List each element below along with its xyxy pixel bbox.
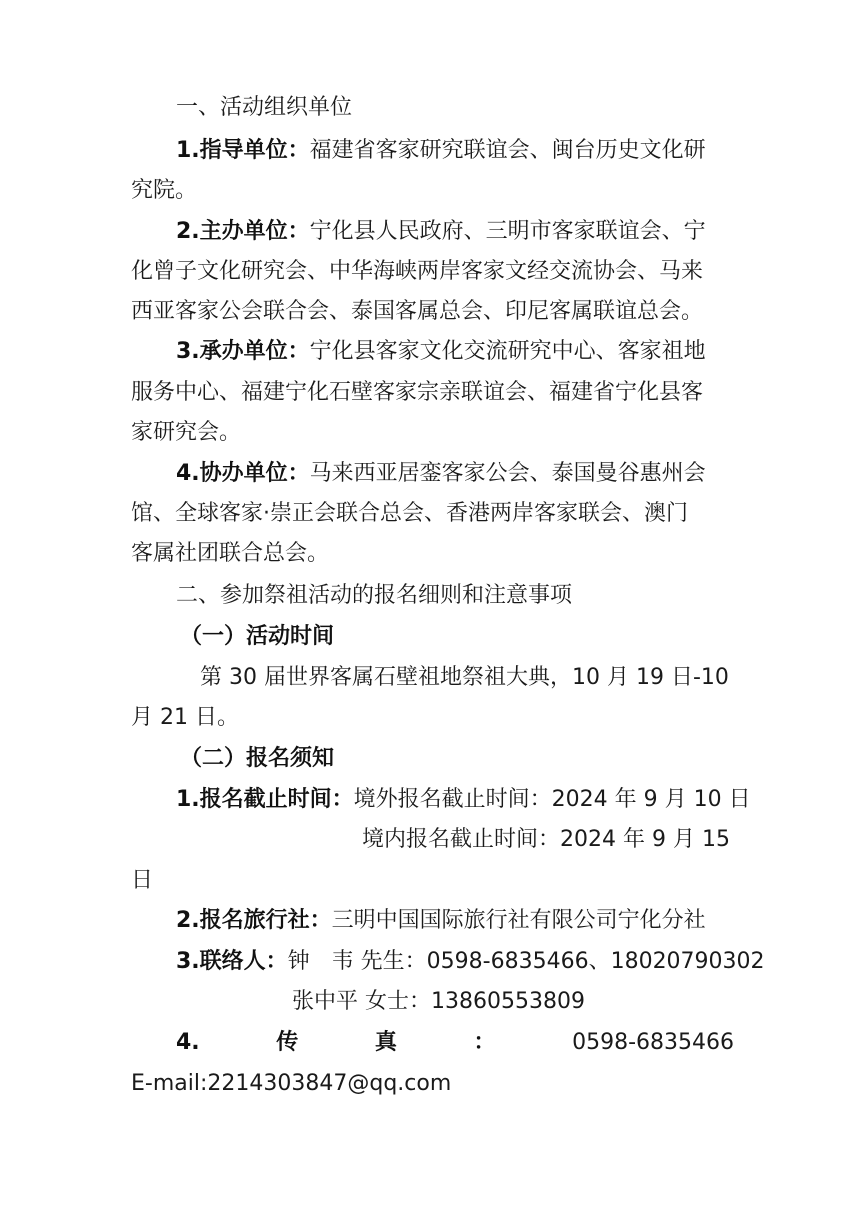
item-guiding-unit: 1.指导单位：福建省客家研究联谊会、闽台历史文化研 — [176, 136, 706, 166]
item-organizer-unit: 3.承办单位：宁化县客家文化交流研究中心、客家祖地 — [176, 337, 706, 367]
item-label: 2.主办单位： — [176, 219, 310, 244]
contact-person-1: 钟 韦 先生：0598-6835466、18020790302 — [288, 949, 765, 974]
item-host-unit: 2.主办单位：宁化县人民政府、三明市客家联谊会、宁 — [176, 217, 706, 247]
deadline-label: 1.报名截止时间： — [176, 787, 354, 812]
agency-row: 2.报名旅行社：三明中国国际旅行社有限公司宁化分社 — [176, 906, 706, 936]
item-text: 福建省客家研究联谊会、闽台历史文化研 — [310, 138, 706, 163]
document-page: 一、活动组织单位 1.指导单位：福建省客家研究联谊会、闽台历史文化研 究院。 2… — [0, 0, 864, 1222]
fax-label-part: ： — [473, 1028, 495, 1058]
email-text: E-mail:2214303847@qq.com — [131, 1069, 451, 1099]
contact-row: 3.联络人：钟 韦 先生：0598-6835466、18020790302 — [176, 947, 765, 977]
item-text: 宁化县人民政府、三明市客家联谊会、宁 — [310, 219, 706, 244]
item-text-cont: 西亚客家公会联合会、泰国客属总会、印尼客属联谊总会。 — [131, 297, 703, 327]
fax-label-part: 传 — [276, 1028, 298, 1058]
subheading-registration-notice: （二）报名须知 — [180, 744, 334, 774]
event-time-text: 第 30 届世界客属石壁祖地祭祖大典，10 月 19 日-10 — [200, 663, 729, 693]
subheading-event-time: （一）活动时间 — [180, 622, 334, 652]
item-label: 1.指导单位： — [176, 138, 310, 163]
item-text-cont: 化曾子文化研究会、中华海峡两岸客家文经交流协会、马来 — [131, 257, 703, 287]
item-text-cont: 客属社团联合总会。 — [131, 539, 329, 569]
item-text-cont: 服务中心、福建宁化石壁客家宗亲联谊会、福建省宁化县客 — [131, 378, 703, 408]
deadline-domestic: 境内报名截止时间：2024 年 9 月 15 — [362, 825, 730, 855]
agency-value: 三明中国国际旅行社有限公司宁化分社 — [332, 908, 706, 933]
item-text-cont: 馆、全球客家·崇正会联合总会、香港两岸客家联会、澳门 — [131, 499, 688, 529]
section-heading-registration: 二、参加祭祖活动的报名细则和注意事项 — [176, 581, 572, 611]
fax-value: 0598-6835466 — [572, 1028, 734, 1058]
fax-label-part: 真 — [375, 1028, 397, 1058]
item-text: 马来西亚居銮客家公会、泰国曼谷惠州会 — [310, 461, 706, 486]
item-co-organizer-unit: 4.协办单位：马来西亚居銮客家公会、泰国曼谷惠州会 — [176, 459, 706, 489]
contact-label: 3.联络人： — [176, 949, 288, 974]
event-time-text-cont: 月 21 日。 — [131, 703, 239, 733]
deadline-row: 1.报名截止时间：境外报名截止时间：2024 年 9 月 10 日 — [176, 785, 751, 815]
agency-label: 2.报名旅行社： — [176, 908, 332, 933]
fax-row: 4. 传 真 ： 0598-6835466 — [176, 1028, 734, 1058]
section-heading-organizers: 一、活动组织单位 — [176, 93, 352, 123]
item-text-cont: 家研究会。 — [131, 418, 241, 448]
deadline-overseas: 境外报名截止时间：2024 年 9 月 10 日 — [354, 787, 751, 812]
item-label: 4.协办单位： — [176, 461, 310, 486]
deadline-domestic-wrap: 日 — [131, 866, 153, 896]
item-label: 3.承办单位： — [176, 339, 310, 364]
item-text-cont: 究院。 — [131, 176, 197, 206]
contact-person-2: 张中平 女士：13860553809 — [292, 987, 585, 1017]
fax-label-part: 4. — [176, 1028, 200, 1058]
item-text: 宁化县客家文化交流研究中心、客家祖地 — [310, 339, 706, 364]
